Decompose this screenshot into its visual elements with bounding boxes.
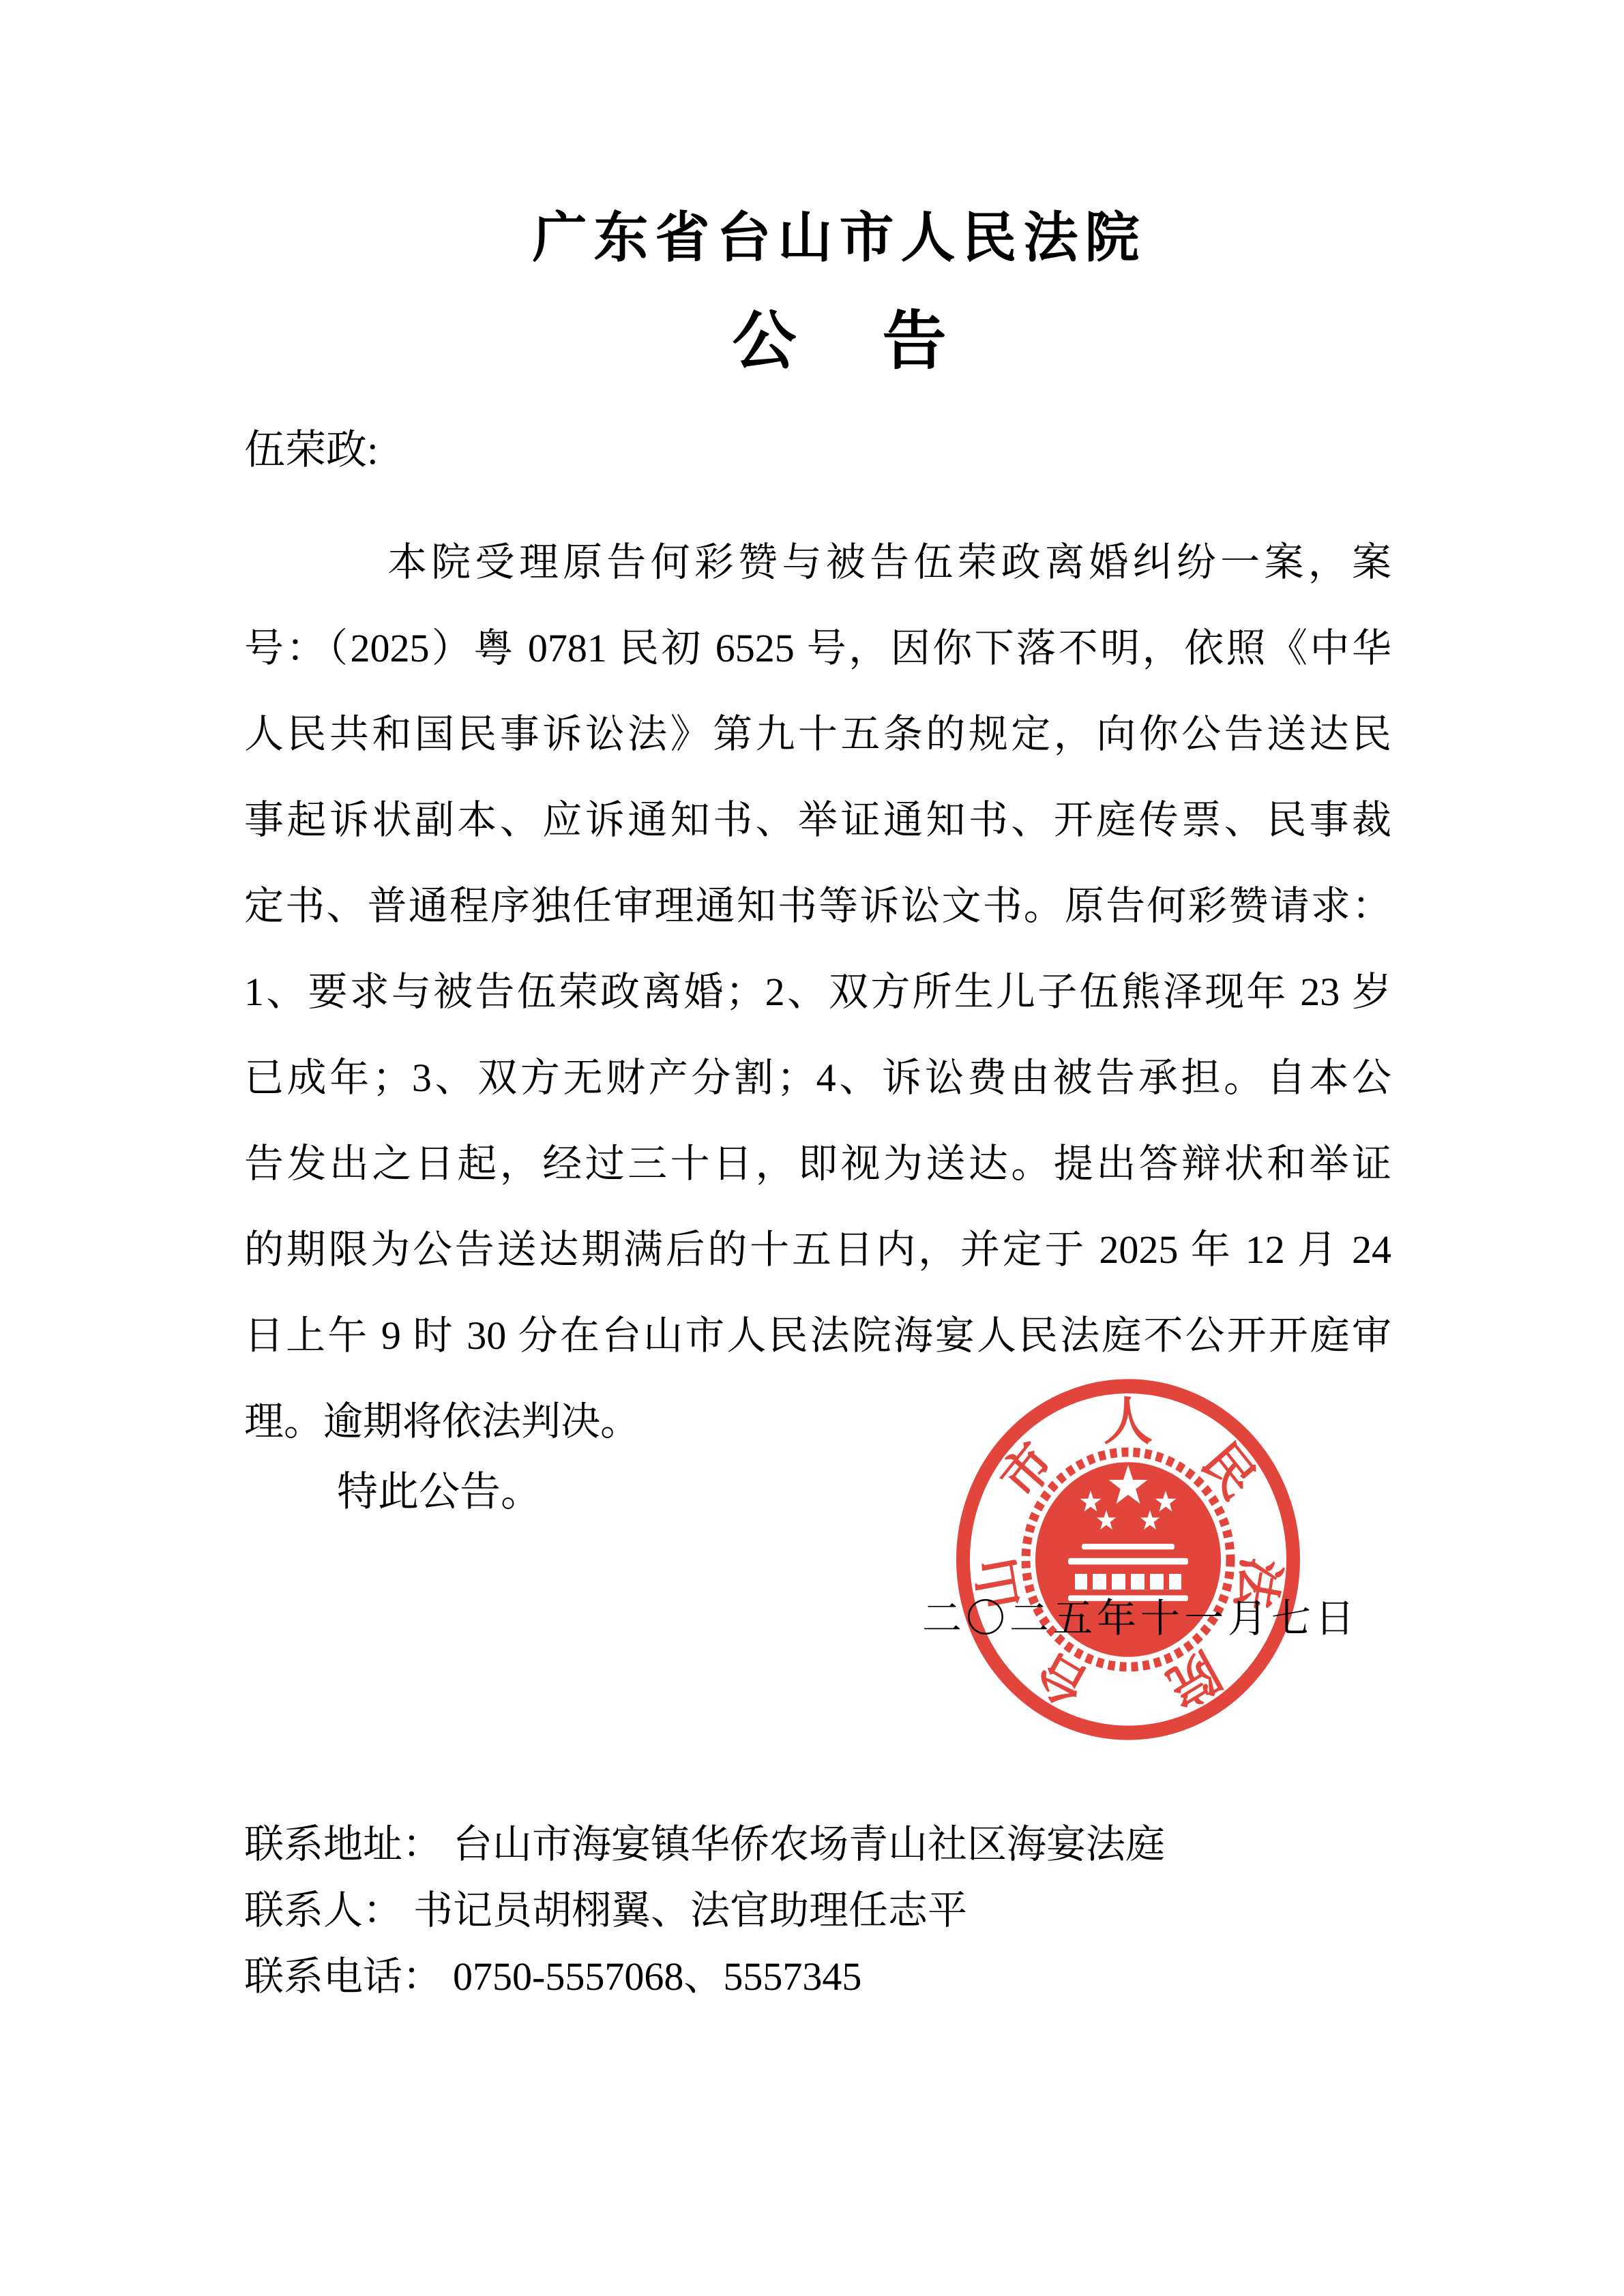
announcement-body: 本院受理原告何彩赞与被告伍荣政离婚纠纷一案，案 号：（2025）粤 0781 民… (244, 520, 1391, 1465)
contact-address-label: 联系地址： (244, 1822, 442, 1866)
body-line: 的期限为公告送达期满后的十五日内，并定于 2025 年 12 月 24 (244, 1207, 1391, 1293)
contact-phone-line: 联系电话：0750-5557068、5557345 (244, 1943, 1165, 2010)
body-line: 已成年；3、双方无财产分割；4、诉讼费由被告承担。自本公 (244, 1035, 1391, 1121)
doc-type-char-2: 告 (883, 306, 947, 377)
closing-phrase: 特此公告。 (337, 1467, 542, 1517)
body-line: 告发出之日起，经过三十日，即视为送达。提出答辩状和举证 (244, 1121, 1391, 1207)
body-line: 1、要求与被告伍荣政离婚；2、双方所生儿子伍熊泽现年 23 岁 (244, 949, 1391, 1035)
body-line: 日上午 9 时 30 分在台山市人民法院海宴人民法庭不公开开庭审 (244, 1293, 1391, 1379)
contact-address-value: 台山市海宴镇华侨农场青山社区海宴法庭 (453, 1822, 1165, 1866)
issue-date: 二〇二五年十一月七日 (922, 1586, 1359, 1643)
contact-phone-value: 0750-5557068、5557345 (453, 1954, 861, 1999)
body-line: 事起诉状副本、应诉通知书、举证通知书、开庭传票、民事裁 (244, 777, 1391, 863)
official-court-seal: 台 山 市 人 民 法 院 (951, 1373, 1305, 1746)
contact-address-line: 联系地址：台山市海宴镇华侨农场青山社区海宴法庭 (244, 1811, 1165, 1877)
contact-person-line: 联系人：书记员胡栩翼、法官助理任志平 (244, 1877, 1165, 1943)
court-announcement-page: 广东省台山市人民法院 公告 伍荣政: 本院受理原告何彩赞与被告伍荣政离婚纠纷一案… (0, 0, 1624, 2296)
seal-char: 人 (1104, 1393, 1153, 1450)
body-line: 号：（2025）粤 0781 民初 6525 号，因你下落不明，依照《中华 (244, 606, 1391, 691)
doc-type-title: 公告 (27, 289, 1624, 381)
contact-phone-label: 联系电话： (244, 1954, 442, 1999)
contact-person-value: 书记员胡栩翼、法官助理任志平 (413, 1888, 967, 1933)
body-line: 人民共和国民事诉讼法》第九十五条的规定，向你公告送达民 (244, 691, 1391, 777)
court-name-title: 广东省台山市人民法院 (27, 194, 1624, 272)
doc-type-char-1: 公 (732, 306, 796, 377)
contact-person-label: 联系人： (244, 1888, 402, 1933)
body-line: 本院受理原告何彩赞与被告伍荣政离婚纠纷一案，案 (244, 520, 1391, 606)
seal-graphic: 台 山 市 人 民 法 院 (951, 1373, 1305, 1746)
addressee-name: 伍荣政: (244, 430, 379, 471)
contact-info-block: 联系地址：台山市海宴镇华侨农场青山社区海宴法庭 联系人：书记员胡栩翼、法官助理任… (244, 1811, 1165, 2010)
body-line: 定书、普通程序独任审理通知书等诉讼文书。原告何彩赞请求： (244, 863, 1391, 949)
